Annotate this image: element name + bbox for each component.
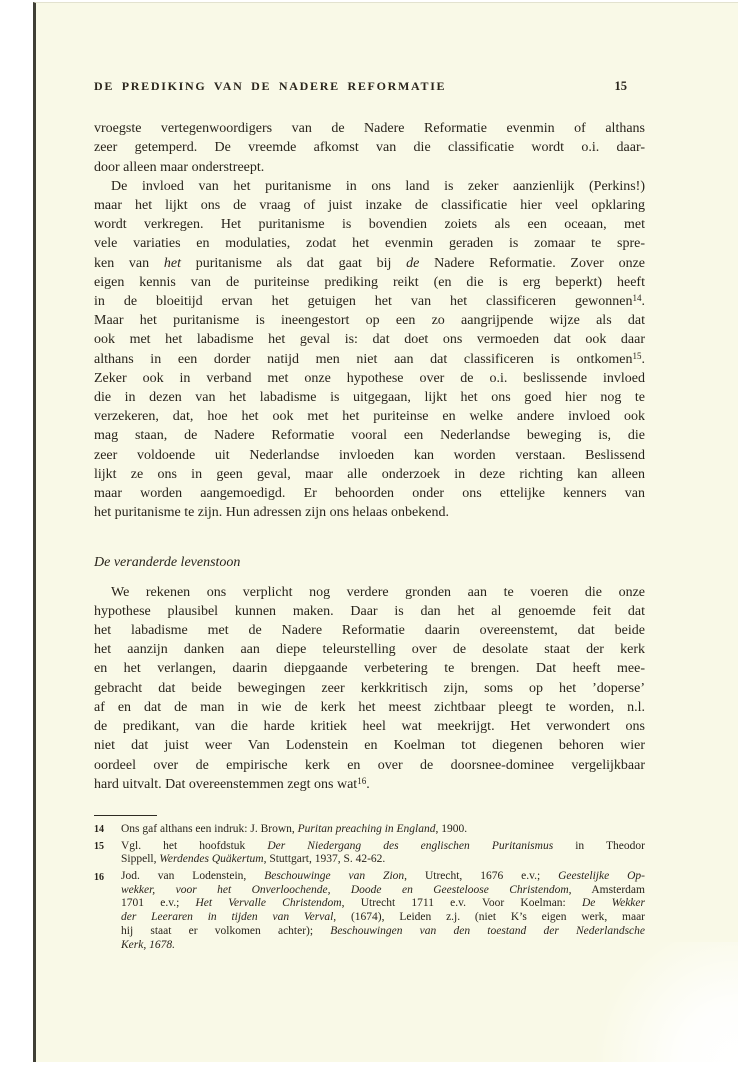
text-line: oordeel over de empirische kerk en over … bbox=[94, 756, 645, 775]
footnote-line: Ons gaf althans een indruk: J. Brown, Pu… bbox=[121, 823, 645, 837]
scan-corner-fade bbox=[588, 942, 738, 1062]
text-line: maar worden aangemoedigd. Er behoorden o… bbox=[94, 484, 645, 503]
running-header: DE PREDIKING VAN DE NADERE REFORMATIE 15 bbox=[94, 77, 645, 96]
text-line: gebracht dat beide bewegingen zeer kerkk… bbox=[94, 679, 645, 698]
text-line: Maar het puritanisme is ineengestort op … bbox=[94, 311, 645, 330]
text-line: althans in een dorder natijd men niet aa… bbox=[94, 350, 645, 369]
footnote-list: 14Ons gaf althans een indruk: J. Brown, … bbox=[94, 823, 645, 952]
footnote: 15Vgl. het hoofdstuk Der Niedergang des … bbox=[94, 840, 645, 867]
footnote: 16Jod. van Lodenstein, Beschouwinge van … bbox=[94, 870, 645, 952]
book-page: DE PREDIKING VAN DE NADERE REFORMATIE 15… bbox=[33, 2, 738, 1062]
footnote-line: Sippell, Werdendes Quäkertum, Stuttgart,… bbox=[121, 853, 645, 867]
text-line: De invloed van het puritanisme in ons la… bbox=[94, 177, 645, 196]
paragraph: vroegste vertegenwoordigers van de Nader… bbox=[94, 119, 645, 177]
footnote-line: Jod. van Lodenstein, Beschouwinge van Zi… bbox=[121, 870, 645, 884]
text-line: vroegste vertegenwoordigers van de Nader… bbox=[94, 119, 645, 138]
text-line: ook met het labadisme het geval is: dat … bbox=[94, 330, 645, 349]
text-line: niet dat juist weer Van Lodenstein en Ko… bbox=[94, 736, 645, 755]
text-line: en het verlangen, daarin diepgaande verb… bbox=[94, 659, 645, 678]
text-line: ken van het puritanisme als dat gaat bij… bbox=[94, 254, 645, 273]
text-line: eigen kennis van de puriteinse prediking… bbox=[94, 273, 645, 292]
text-line: lijkt ze ons in geen geval, maar alle on… bbox=[94, 465, 645, 484]
text-line: hard uitvalt. Dat overeenstemmen zegt on… bbox=[94, 775, 645, 794]
text-line: de predikant, van die harde kritiek heel… bbox=[94, 717, 645, 736]
footnote-line: Kerk, 1678. bbox=[121, 939, 645, 953]
footnote-number: 15 bbox=[94, 840, 104, 854]
text-line: hypothese plausibel kunnen maken. Daar i… bbox=[94, 602, 645, 621]
text-line: vele variaties en modulaties, zodat het … bbox=[94, 234, 645, 253]
text-line: die in dezen van het labadisme is uitgeg… bbox=[94, 388, 645, 407]
footnote-line: 1701 e.v.; Het Vervalle Christendom, Utr… bbox=[121, 897, 645, 911]
text-line: zeer getemperd. De vreemde afkomst van d… bbox=[94, 138, 645, 157]
running-header-title: DE PREDIKING VAN DE NADERE REFORMATIE bbox=[94, 77, 446, 96]
text-line: wordt verkregen. Het puritanisme is bove… bbox=[94, 215, 645, 234]
footnote-number: 16 bbox=[94, 871, 104, 885]
text-line: door alleen maar onderstreept. bbox=[94, 158, 645, 177]
text-line: het labadisme met de Nadere Reformatie d… bbox=[94, 621, 645, 640]
scanned-book-photo: { "page": { "paper_color": "#f9f9e7", "e… bbox=[0, 0, 738, 1068]
paragraph: We rekenen ons verplicht nog verdere gro… bbox=[94, 583, 645, 794]
text-line: zeer voldoende uit Nederlandse invloeden… bbox=[94, 446, 645, 465]
footnote-line: wekker, voor het Onverloochende, Doode e… bbox=[121, 884, 645, 898]
text-line: af en dat de man in wie de kerk het mees… bbox=[94, 698, 645, 717]
text-column: DE PREDIKING VAN DE NADERE REFORMATIE 15… bbox=[94, 77, 645, 955]
text-line: maar het lijkt ons de vraag of juist inz… bbox=[94, 196, 645, 215]
text-line: het puritanisme te zijn. Hun adressen zi… bbox=[94, 503, 645, 522]
footnote: 14Ons gaf althans een indruk: J. Brown, … bbox=[94, 823, 645, 837]
page-number: 15 bbox=[615, 77, 646, 96]
text-line: mag staan, de Nadere Reformatie vooral e… bbox=[94, 426, 645, 445]
text-line: in de bloeitijd ervan het getuigen het v… bbox=[94, 292, 645, 311]
footnote-line: hij staat er volkomen achter); Beschouwi… bbox=[121, 925, 645, 939]
text-line: verzekeren, dat, hoe het ook met het pur… bbox=[94, 407, 645, 426]
text-line: het aanzijn danken aan diepe teleurstell… bbox=[94, 640, 645, 659]
text-line: Zeker ook in verband met onze hypothese … bbox=[94, 369, 645, 388]
footnote-line: der Leeraren in tijden van Verval, (1674… bbox=[121, 911, 645, 925]
section-heading: De veranderde levenstoon bbox=[94, 553, 645, 572]
footnote-number: 14 bbox=[94, 823, 104, 837]
footnote-rule bbox=[94, 815, 157, 816]
footnote-line: Vgl. het hoofdstuk Der Niedergang des en… bbox=[121, 840, 645, 854]
paragraph: De invloed van het puritanisme in ons la… bbox=[94, 177, 645, 523]
text-line: We rekenen ons verplicht nog verdere gro… bbox=[94, 583, 645, 602]
body-text: vroegste vertegenwoordigers van de Nader… bbox=[94, 119, 645, 794]
